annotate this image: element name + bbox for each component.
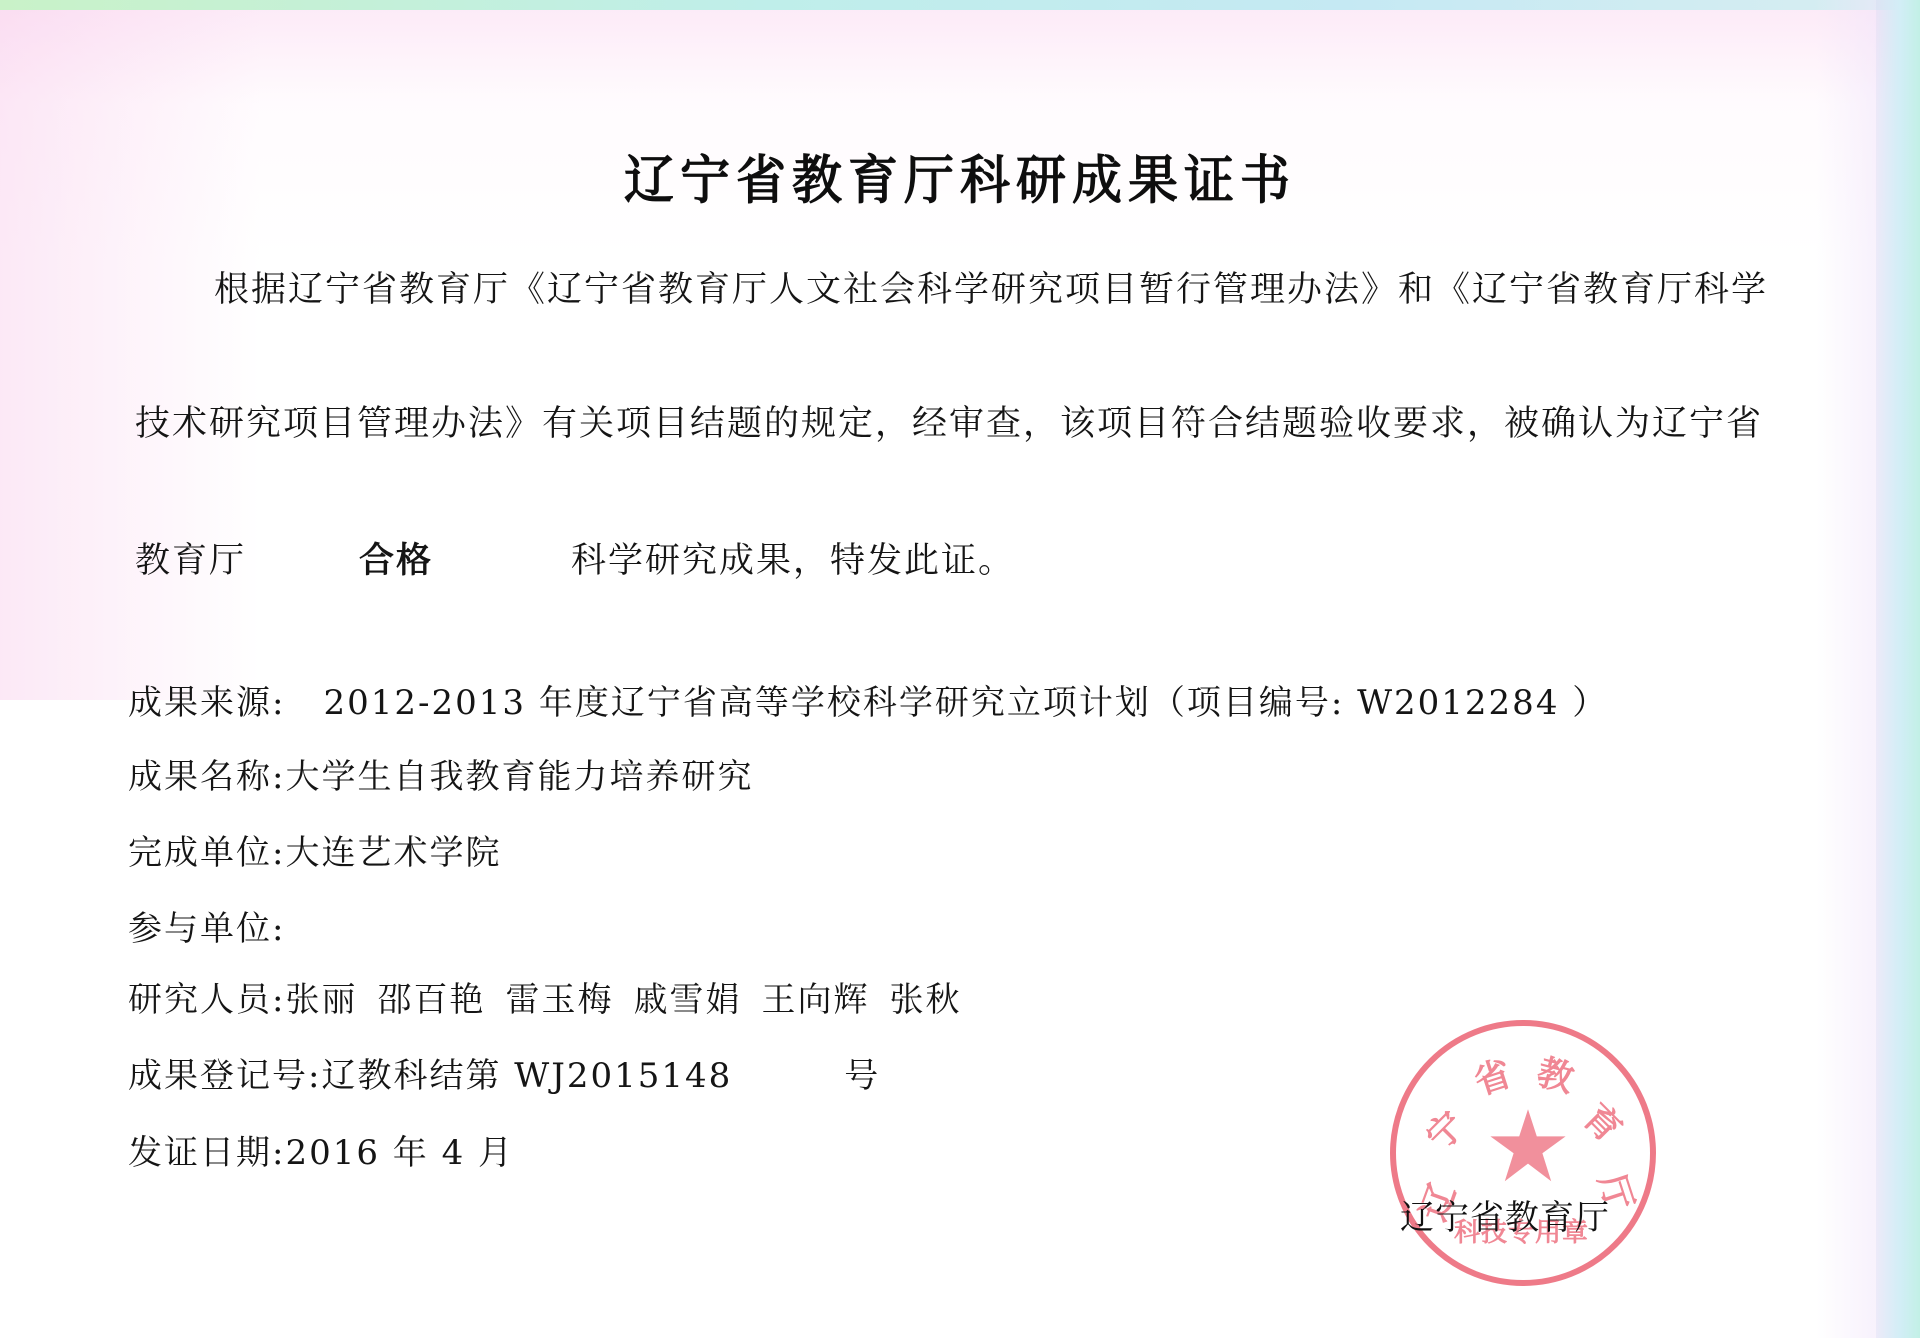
seal-char: 教 bbox=[1532, 1044, 1580, 1103]
field-registration: 成果登记号:辽教科结第 WJ2015148号 bbox=[128, 1048, 880, 1097]
body-line-3-lead: 教育厅 bbox=[135, 533, 246, 583]
field-date-value: 2016 年 4 月 bbox=[285, 1125, 514, 1174]
staff-member: 戚雪娟 bbox=[633, 980, 741, 1020]
field-partner-label: 参与单位: bbox=[128, 901, 285, 950]
body-line-3-rest: 科学研究成果，特发此证。 bbox=[571, 533, 1015, 583]
field-name-value: 大学生自我教育能力培养研究 bbox=[285, 749, 753, 798]
field-staff: 研究人员:张丽邵百艳雷玉梅戚雪娟王向辉张秋 bbox=[128, 972, 981, 1021]
scan-tint-left bbox=[0, 0, 260, 700]
field-date: 发证日期:2016 年 4 月 bbox=[128, 1125, 514, 1174]
field-registration-value: 辽教科结第 WJ2015148 bbox=[321, 1048, 732, 1097]
staff-member: 王向辉 bbox=[761, 980, 869, 1020]
body-line-2: 技术研究项目管理办法》有关项目结题的规定，经审查，该项目符合结题验收要求，被确认… bbox=[135, 396, 1763, 446]
field-date-label: 发证日期: bbox=[128, 1125, 285, 1174]
seal-char: 省 bbox=[1467, 1046, 1517, 1106]
body-line-1: 根据辽宁省教育厅《辽宁省教育厅人文社会科学研究项目暂行管理办法》和《辽宁省教育厅… bbox=[214, 262, 1768, 312]
grade-value: 合格 bbox=[359, 533, 433, 583]
star-icon bbox=[1488, 1106, 1568, 1186]
staff-member: 张秋 bbox=[889, 980, 961, 1020]
field-unit-value: 大连艺术学院 bbox=[285, 825, 501, 874]
staff-member: 张丽 bbox=[285, 980, 357, 1020]
staff-list: 张丽邵百艳雷玉梅戚雪娟王向辉张秋 bbox=[285, 972, 981, 1021]
staff-member: 邵百艳 bbox=[377, 980, 485, 1020]
official-seal: 辽 宁 省 教 育 厅 科技专用章 bbox=[1390, 1020, 1656, 1286]
field-registration-suffix: 号 bbox=[844, 1056, 880, 1096]
field-name-label: 成果名称: bbox=[128, 749, 285, 798]
field-source-label: 成果来源: bbox=[128, 675, 285, 724]
field-source-value: 2012-2013 年度辽宁省高等学校科学研究立项计划（项目编号: W20122… bbox=[323, 675, 1608, 724]
field-staff-label: 研究人员: bbox=[128, 972, 285, 1021]
scan-edge-top bbox=[0, 0, 1920, 10]
field-source: 成果来源:2012-2013 年度辽宁省高等学校科学研究立项计划（项目编号: W… bbox=[128, 675, 1608, 724]
issuer-name: 辽宁省教育厅 bbox=[1400, 1190, 1610, 1239]
field-registration-label: 成果登记号: bbox=[128, 1048, 321, 1097]
seal-char: 育 bbox=[1573, 1091, 1635, 1153]
field-partner: 参与单位: bbox=[128, 901, 285, 950]
field-name: 成果名称:大学生自我教育能力培养研究 bbox=[128, 749, 753, 798]
seal-char: 宁 bbox=[1413, 1099, 1475, 1161]
field-unit: 完成单位:大连艺术学院 bbox=[128, 825, 501, 874]
staff-member: 雷玉梅 bbox=[505, 980, 613, 1020]
certificate-title: 辽宁省教育厅科研成果证书 bbox=[0, 138, 1920, 214]
field-unit-label: 完成单位: bbox=[128, 825, 285, 874]
scan-tint bbox=[0, 0, 1920, 260]
